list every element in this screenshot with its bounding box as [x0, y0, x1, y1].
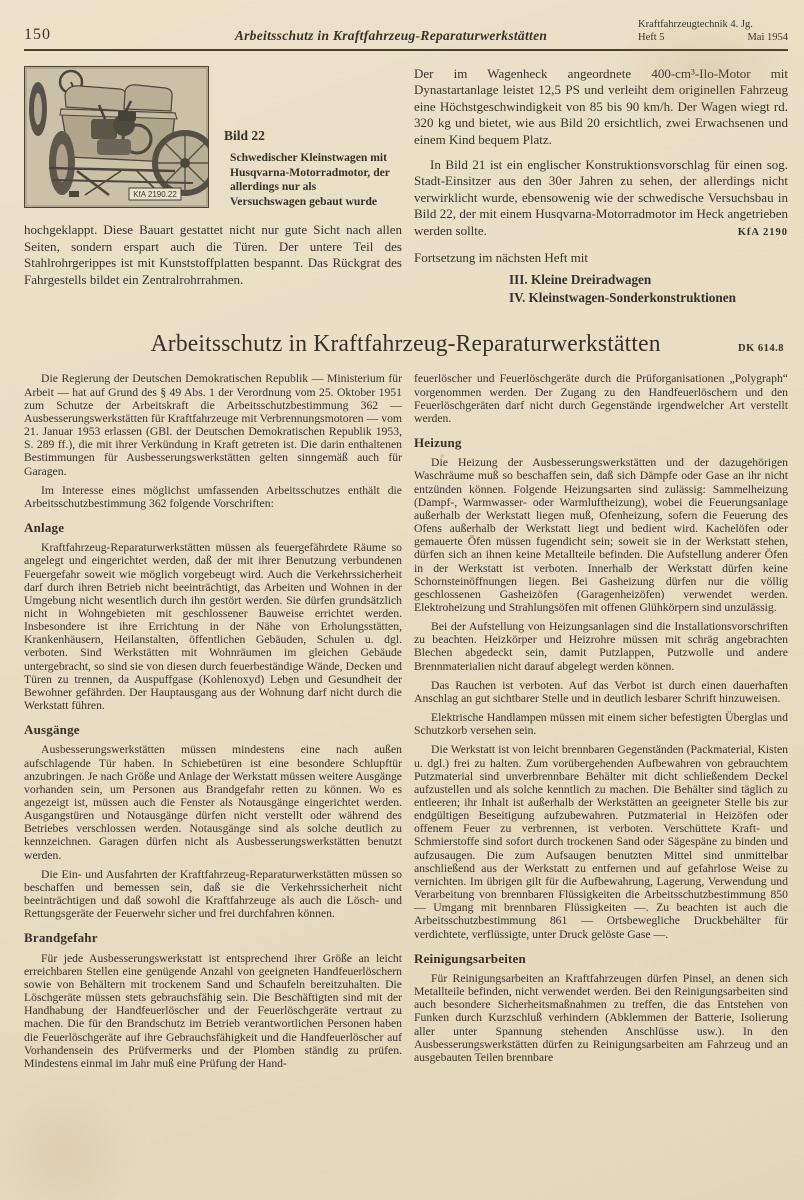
heizung-paragraph-4: Elektrische Handlampen müssen mit einem … — [414, 711, 788, 737]
ausgaenge-paragraph-2: Die Ein- und Ausfahrten der Kraftfahrzeu… — [24, 868, 402, 921]
journal-page: 150 Arbeitsschutz in Kraftfahrzeug-Repar… — [0, 0, 804, 1200]
intro-paragraph-2: Im Interesse eines möglichst umfassenden… — [24, 484, 402, 510]
upcoming-topic-2: IV. Kleinstwagen-Sonderkonstruktionen — [509, 289, 788, 307]
anlage-paragraph: Kraftfahrzeug-Reparaturwerkstätten müsse… — [24, 541, 402, 712]
figure-photo: KfA 2190.22 — [24, 66, 209, 208]
upcoming-topic-1: III. Kleine Dreiradwagen — [509, 271, 788, 289]
page-header: 150 Arbeitsschutz in Kraftfahrzeug-Repar… — [24, 18, 788, 51]
photo-credit: KfA 2190 — [722, 223, 788, 241]
journal-date: Mai 1954 — [747, 31, 788, 44]
article-title: Arbeitsschutz in Kraftfahrzeug-Reparatur… — [151, 330, 661, 358]
figure-caption-text: Schwedischer Kleinstwagen mit Husqvarna-… — [224, 151, 394, 209]
section-heading-reinigungsarbeiten: Reinigungsarbeiten — [414, 952, 788, 965]
reinigungsarbeiten-paragraph: Für Reinigungsarbeiten an Kraftfahrzeuge… — [414, 972, 788, 1064]
section-heading-anlage: Anlage — [24, 521, 402, 534]
brandgefahr-continuation-paragraph: feuerlöscher und Feuerlöschgeräte durch … — [414, 372, 788, 425]
article-body: Die Regierung der Deutschen Demokratisch… — [24, 372, 788, 1076]
journal-issue-row: Heft 5 Mai 1954 — [638, 31, 788, 44]
top-right-column: Der im Wagenheck angeordnete 400-cm³-Ilo… — [414, 66, 788, 306]
top-left-paragraph: hochgeklappt. Diese Bauart gestattet nic… — [24, 222, 402, 288]
ausgaenge-paragraph-1: Ausbesserungswerkstätten müssen mindeste… — [24, 743, 402, 861]
heizung-paragraph-3: Das Rauchen ist verboten. Auf das Verbot… — [414, 679, 788, 705]
article-title-row: Arbeitsschutz in Kraftfahrzeug-Reparatur… — [24, 330, 788, 358]
heizung-paragraph-1: Die Heizung der Ausbesserungswerkstätten… — [414, 456, 788, 614]
journal-issue: Heft 5 — [638, 31, 665, 44]
section-heading-brandgefahr: Brandgefahr — [24, 931, 402, 944]
journal-name: Kraftfahrzeugtechnik 4. Jg. — [638, 18, 788, 31]
heizung-paragraph-2: Bei der Aufstellung von Heizungsanlagen … — [414, 620, 788, 673]
heizung-paragraph-5: Die Werkstatt ist von leicht brennbaren … — [414, 743, 788, 940]
top-right-paragraph-2: In Bild 21 ist ein englischer Konstrukti… — [414, 157, 788, 239]
intro-paragraph-1: Die Regierung der Deutschen Demokratisch… — [24, 372, 402, 477]
figure-caption: Bild 22 Schwedischer Kleinstwagen mit Hu… — [224, 66, 394, 209]
car-photo-illustration: KfA 2190.22 — [25, 67, 208, 207]
continuation-note: Fortsetzung im nächsten Heft mit — [414, 250, 788, 266]
top-section: KfA 2190.22 Bild 22 Schwedischer Kleinst… — [24, 66, 788, 306]
journal-info: Kraftfahrzeugtechnik 4. Jg. Heft 5 Mai 1… — [638, 18, 788, 44]
figure-label: Bild 22 — [224, 128, 394, 144]
page-number: 150 — [24, 26, 144, 44]
top-right-paragraph-1: Der im Wagenheck angeordnete 400-cm³-Ilo… — [414, 66, 788, 148]
brandgefahr-paragraph: Für jede Ausbesserungswerkstatt ist ents… — [24, 952, 402, 1070]
upcoming-topics: III. Kleine Dreiradwagen IV. Kleinstwage… — [509, 271, 788, 306]
photo-tag-label: KfA 2190.22 — [133, 190, 177, 199]
dk-classification-number: DK 614.8 — [738, 343, 784, 354]
top-left-column: KfA 2190.22 Bild 22 Schwedischer Kleinst… — [24, 66, 402, 306]
figure-block: KfA 2190.22 Bild 22 Schwedischer Kleinst… — [24, 66, 402, 209]
article-right-column: feuerlöscher und Feuerlöschgeräte durch … — [414, 372, 788, 1076]
section-heading-heizung: Heizung — [414, 436, 788, 449]
running-title: Arbeitsschutz in Kraftfahrzeug-Reparatur… — [144, 28, 638, 44]
article-left-column: Die Regierung der Deutschen Demokratisch… — [24, 372, 402, 1076]
section-heading-ausgaenge: Ausgänge — [24, 723, 402, 736]
